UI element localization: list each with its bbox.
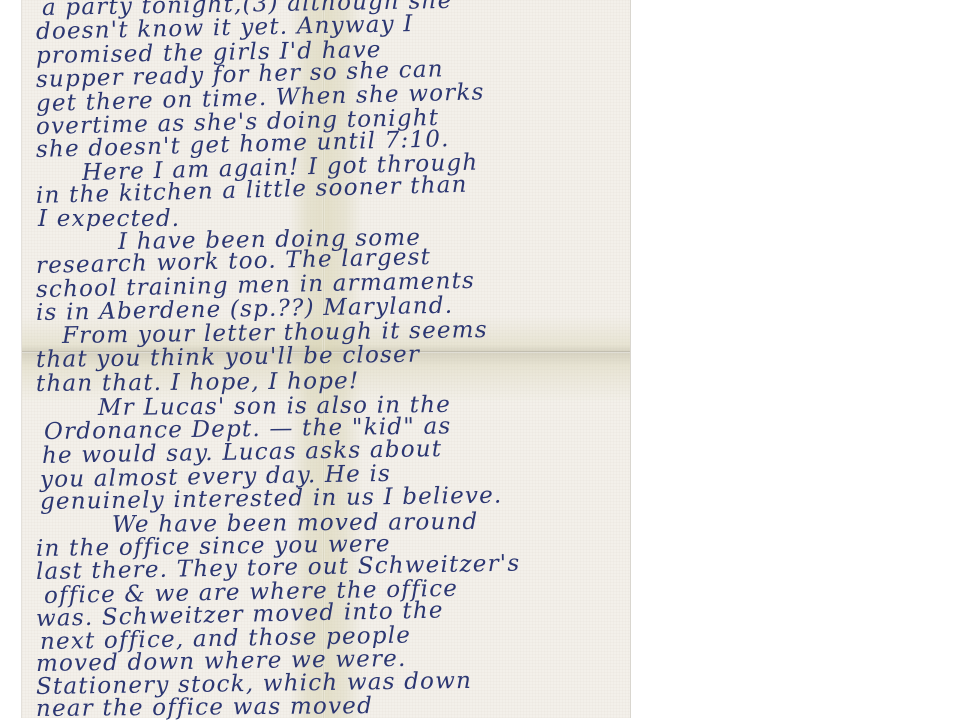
text-line: near the office was moved: [36, 694, 373, 720]
text-line: than that. I hope, I hope!: [36, 369, 360, 396]
handwritten-text: a party tonight,(3) although she doesn't…: [22, 0, 630, 718]
text-line: I expected.: [38, 207, 180, 231]
text-line: that you think you'll be closer: [36, 343, 420, 372]
letter-page: a party tonight,(3) although she doesn't…: [22, 0, 630, 718]
